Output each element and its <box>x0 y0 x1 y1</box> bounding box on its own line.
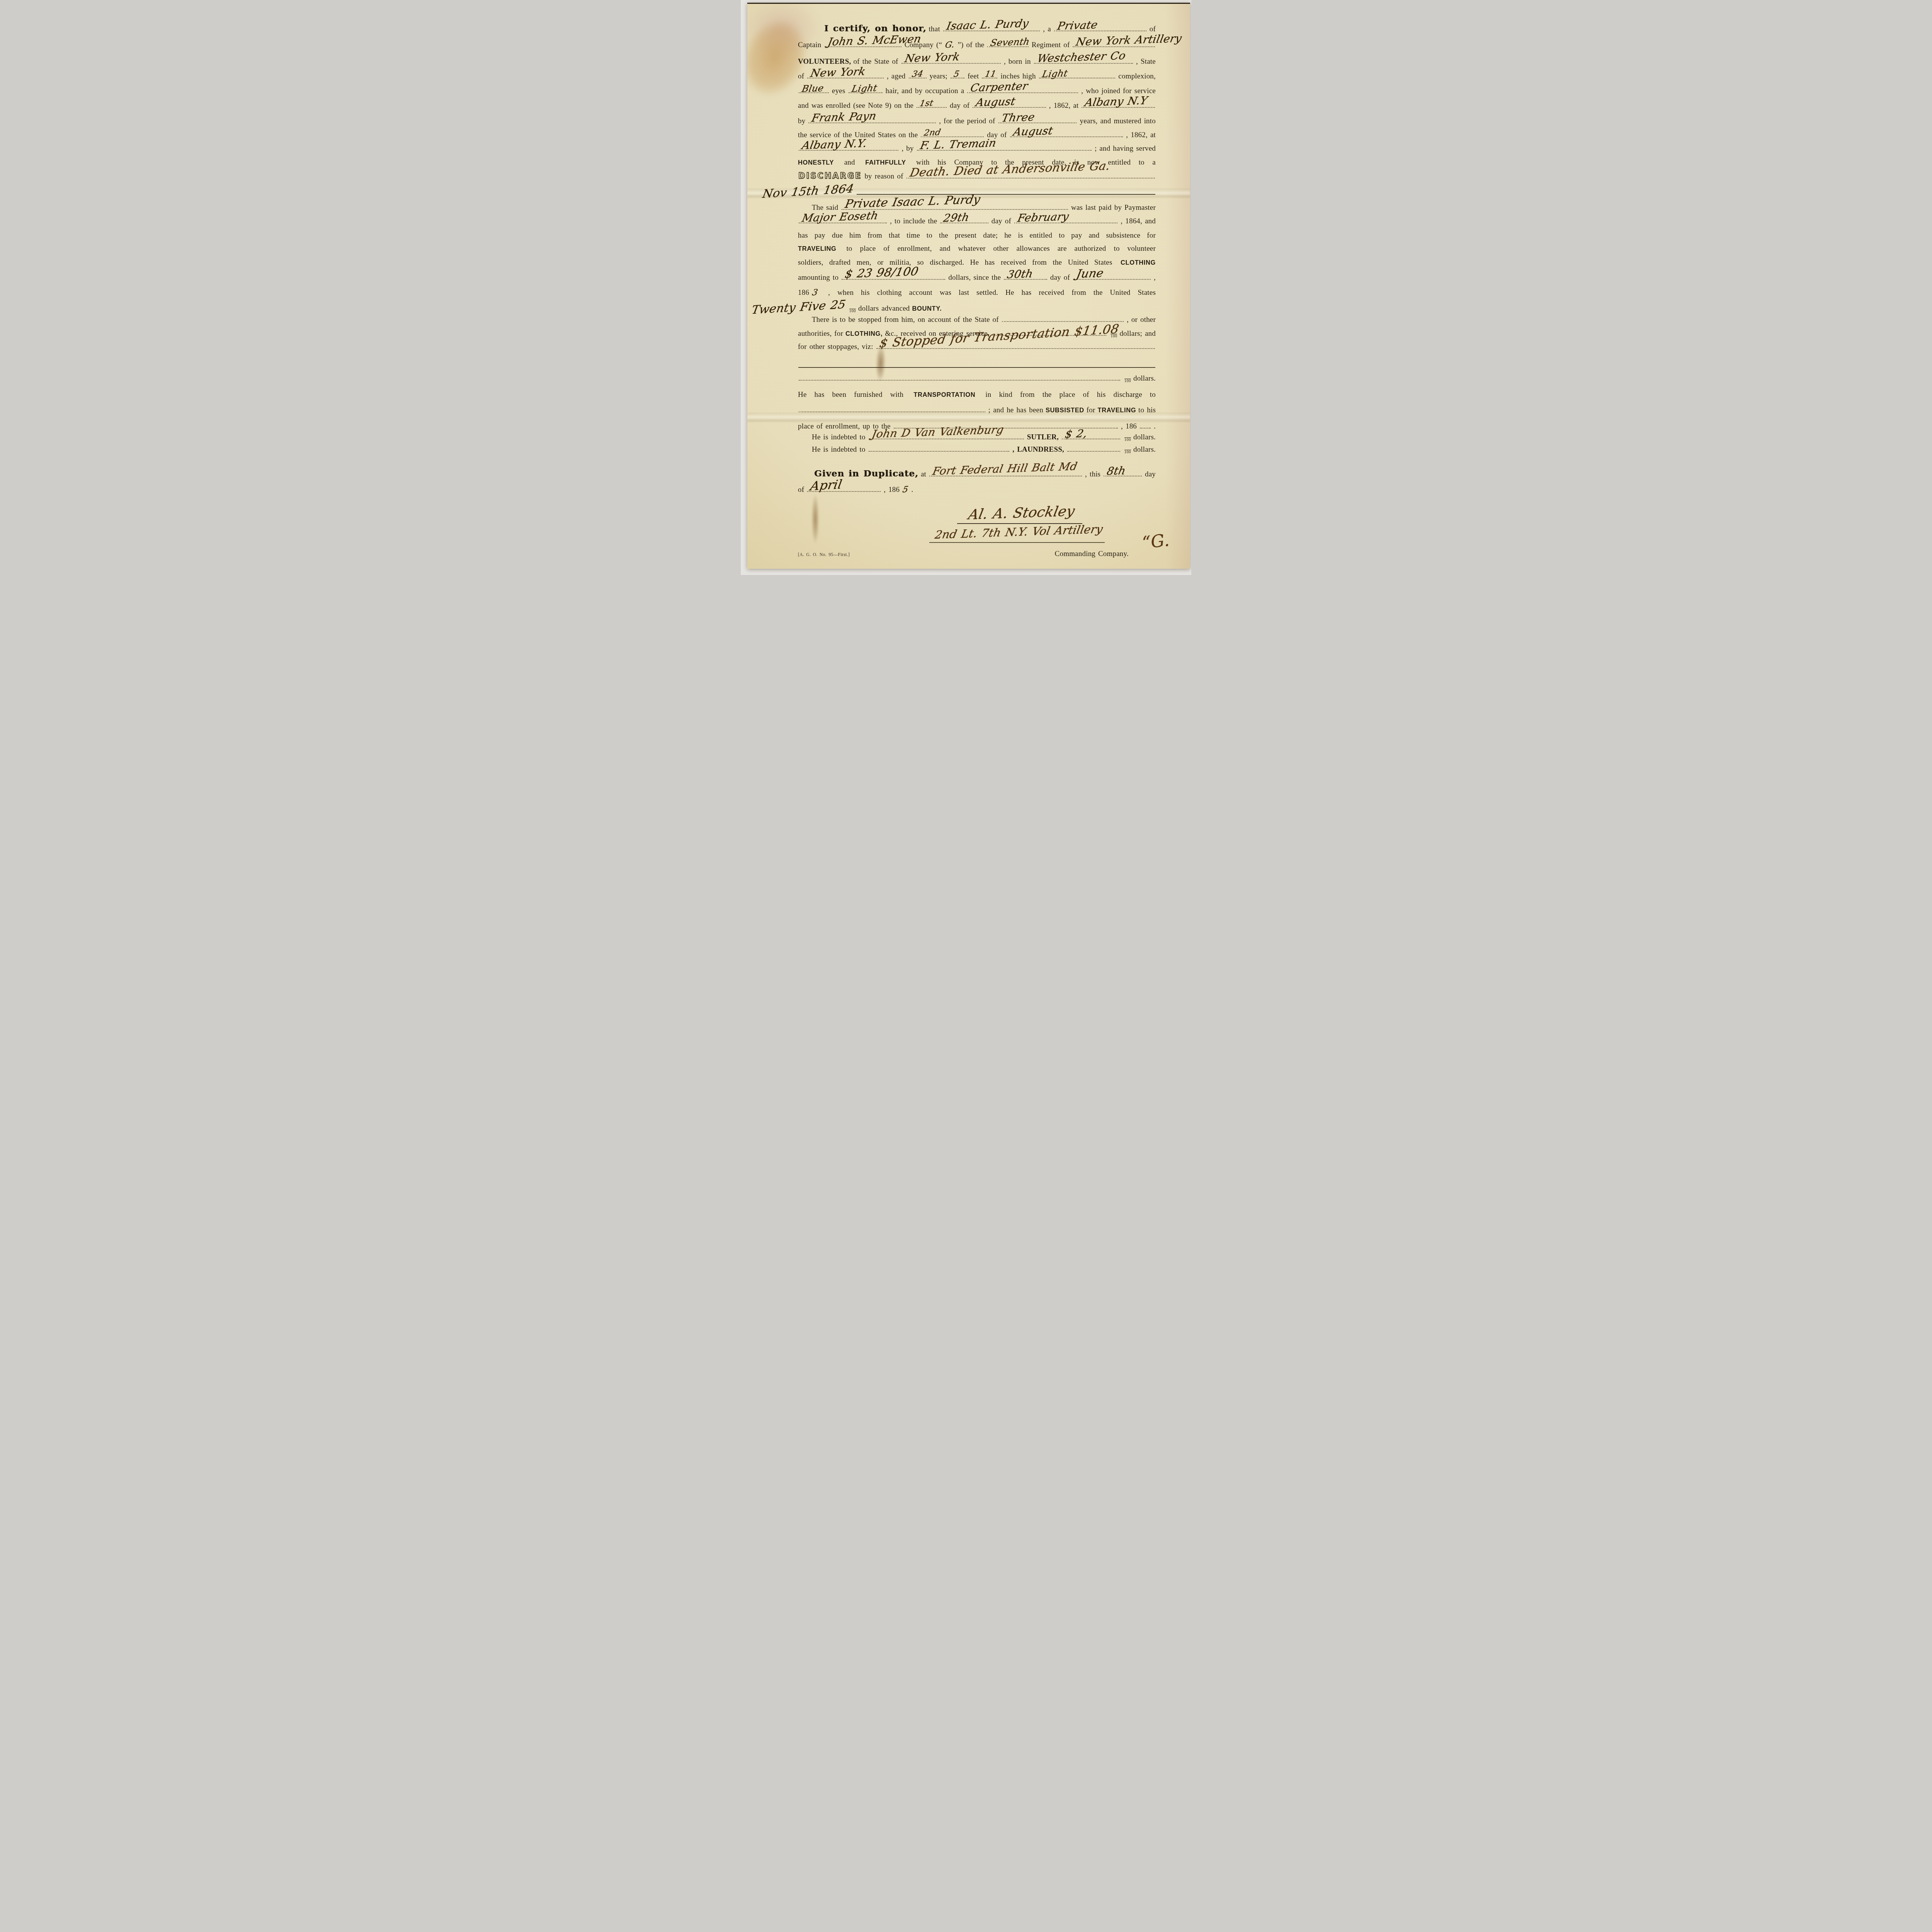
printed-text: to his <box>1137 406 1157 415</box>
birthplace-field: Westchester Co <box>1034 58 1133 64</box>
occupation-field: Carpenter <box>967 87 1078 93</box>
printed-text: CLOTHING <box>1119 259 1157 266</box>
signature-underline: Al. A. Stockley <box>957 508 1082 524</box>
form-line-eyes-hair: Blue eyes Light hair, and by occupation … <box>797 87 1157 96</box>
commanding-company-label: Commanding Company. <box>1054 549 1130 559</box>
handwritten-issue-month: April <box>810 478 843 492</box>
printed-text: He is indebted to <box>811 445 867 454</box>
hair-field: Light <box>849 87 883 93</box>
printed-text: There is to be stopped from him, on acco… <box>811 315 1000 325</box>
blank-rule-line <box>798 362 1155 368</box>
printed-text: , 186 <box>1120 422 1138 431</box>
form-line-laundress: He is indebted to , LAUNDRESS, 100 dolla… <box>811 445 1157 454</box>
age-field: 34 <box>909 72 927 78</box>
complexion-field: Light <box>1039 72 1116 78</box>
signature-line: Al. A. Stockley <box>929 508 1111 524</box>
handwritten-paid-month: February <box>1017 211 1070 224</box>
printed-text: SUBSISTED <box>1044 406 1085 415</box>
form-line-clothing-amount: amounting to $ 23 98/100 dollars, since … <box>797 273 1157 282</box>
ink-smudge-april <box>811 494 819 544</box>
printed-text: eyes <box>831 87 847 96</box>
rank-field: Private <box>1054 25 1146 31</box>
printed-text: TRANSPORTATION <box>912 391 976 398</box>
form-line-traveling: TRAVELING to place of enrollment, and wh… <box>797 244 1157 253</box>
printed-text: by <box>797 117 806 126</box>
printed-text: TRAVELING <box>1097 406 1138 415</box>
printed-text: Regiment of <box>1031 41 1071 50</box>
printed-text: years; <box>929 72 949 81</box>
printed-text: hair, and by occupation a <box>884 87 966 96</box>
handwritten-paid-day: 29th <box>942 212 970 224</box>
stoppages-field: $ Stopped for Transportation $11.08 <box>876 343 1155 349</box>
regiment-name-field: New York Artillery <box>1073 41 1155 47</box>
printed-text: and <box>843 158 856 167</box>
birth-state-field: New York <box>807 72 884 78</box>
handwritten-paymaster: Major Eoseth <box>801 210 879 224</box>
printed-text: , 186 <box>883 485 901 495</box>
enroll-month-field: August <box>973 102 1046 108</box>
form-line-enrolling-officer: by Frank Payn , for the period of Three … <box>797 117 1157 126</box>
handwritten-muster-day: 2nd <box>923 129 941 138</box>
printed-text: has pay due him from that time to the pr… <box>797 231 1157 240</box>
signature-title-line: 2nd Lt. 7th N.Y. Vol Artillery <box>898 529 1136 543</box>
printed-text: dollars; and <box>1118 329 1157 338</box>
printed-denominator: 100 <box>1124 437 1131 442</box>
handwritten-issue-day: 8th <box>1106 465 1127 477</box>
form-number-note: [A. G. O. No. 95—First.] <box>797 552 851 558</box>
printed-text: , 1862, at <box>1125 131 1157 140</box>
printed-text: complexion, <box>1117 72 1157 81</box>
handwritten-stoppages: $ Stopped for Transportation $11.08 <box>879 323 1120 349</box>
printed-denominator: 100 <box>1124 379 1131 384</box>
signature-title-underline: 2nd Lt. 7th N.Y. Vol Artillery <box>929 529 1105 543</box>
handwritten-issue-year-digit: 5 <box>902 486 909 494</box>
printed-text: by reason of <box>863 172 904 181</box>
handwritten-settle-year-digit: 3 <box>811 289 819 297</box>
paid-month-field: February <box>1014 217 1117 223</box>
printed-text: FAITHFULLY <box>864 159 907 166</box>
printed-text: . <box>1153 422 1157 431</box>
paymaster-field: Major Eoseth <box>799 217 887 223</box>
form-line-description: of New York , aged 34 years; 5 feet 11 i… <box>797 72 1157 81</box>
printed-text: day <box>1144 470 1157 479</box>
printed-text: at <box>920 470 927 479</box>
printed-text: , born in <box>1003 57 1032 66</box>
form-line-certify: I certify, on honor, that Isaac L. Purdy… <box>823 23 1157 34</box>
handwritten-sutler-amount: $ 2, <box>1064 428 1088 440</box>
handwritten-soldier-name: Isaac L. Purdy <box>946 18 1030 32</box>
discharge-ornamental-word: DISCHARGE <box>797 171 863 181</box>
filled-rule-line <box>857 189 1155 195</box>
service-period-field: Three <box>998 117 1077 123</box>
printed-text: for <box>1085 406 1097 415</box>
stopped-state-field <box>1002 316 1124 322</box>
issue-month-field: April <box>807 486 881 492</box>
handwritten-regiment-number: Seventh <box>990 37 1031 48</box>
printed-text: BOUNTY. <box>911 305 943 313</box>
captain-name-field: John S. McEwen <box>825 41 901 47</box>
printed-text: , by <box>900 144 915 153</box>
handwritten-age: 34 <box>911 70 924 79</box>
handwritten-state: New York <box>904 51 961 64</box>
printed-text: , this <box>1084 470 1102 479</box>
mustering-officer-field: F. L. Tremain <box>917 145 1092 151</box>
printed-text: , LAUNDRESS, <box>1011 445 1065 454</box>
handwritten-clothing-amount: $ 23 98/100 <box>844 266 919 280</box>
form-line-other-stoppages: for other stoppages, viz: $ Stopped for … <box>797 342 1157 352</box>
printed-text: , <box>1153 273 1157 282</box>
printed-text: . <box>910 485 914 495</box>
handwritten-signature: Al. A. Stockley <box>967 505 1076 522</box>
form-line-discharge: DISCHARGE by reason of Death. Died at An… <box>797 171 1157 181</box>
printed-text: to place of enrollment, and whatever oth… <box>845 245 1157 253</box>
printed-text: was last paid by Paymaster <box>1070 203 1157 213</box>
handwritten-inches: 11 <box>984 70 997 79</box>
paid-day-field: 29th <box>940 217 988 223</box>
printed-text: dollars. <box>1132 433 1157 442</box>
printed-text: authorities, for <box>797 329 844 338</box>
state-field: New York <box>901 58 1001 64</box>
enroll-place-field: Albany N.Y <box>1082 102 1155 108</box>
printed-text: ; and he has been <box>987 406 1044 415</box>
muster-place-field: Albany N.Y. <box>799 145 898 151</box>
printed-text: day of <box>949 101 971 111</box>
handwritten-issue-place: Fort Federal Hill Balt Md <box>932 461 1078 477</box>
printed-text: , to include the <box>889 217 938 226</box>
printed-text: years, and mustered into <box>1078 117 1157 126</box>
clothing-amount-field: $ 23 98/100 <box>842 274 945 280</box>
issue-day-field: 8th <box>1104 470 1142 476</box>
transport-destination-field <box>799 406 985 412</box>
printed-text: of <box>797 72 805 81</box>
soldier-name-field: Isaac L. Purdy <box>943 25 1040 31</box>
printed-text: Captain <box>797 41 823 50</box>
printed-text: , for the period of <box>938 117 996 126</box>
form-line-sutler: He is indebted to John D Van Valkenburg … <box>811 433 1157 442</box>
printed-text: , aged <box>886 72 907 81</box>
printed-text: , State <box>1135 57 1157 66</box>
form-line-transportation: He has been furnished with TRANSPORTATIO… <box>797 390 1157 400</box>
printed-text: and was enrolled (see Note 9) on the <box>797 101 915 111</box>
handwritten-rank-title: 2nd Lt. 7th N.Y. Vol Artillery <box>934 524 1104 541</box>
printed-text: He is indebted to <box>811 433 867 442</box>
form-line-clothing-received: soldiers, drafted men, or militia, so di… <box>797 258 1157 267</box>
form-line-blank-rule <box>797 362 1157 368</box>
handwritten-captain-name: John S. McEwen <box>827 34 922 48</box>
printed-text: TRAVELING <box>797 245 838 252</box>
handwritten-birth-state: New York <box>810 66 866 79</box>
handwritten-enroll-day: 1st <box>919 99 934 108</box>
handwritten-hair-color: Light <box>851 83 878 94</box>
printed-text: , or other <box>1126 315 1157 325</box>
printed-text: feet <box>966 72 980 81</box>
handwritten-eye-color: Blue <box>801 83 825 94</box>
blank-amount-field <box>799 374 1120 381</box>
form-line-settle-year: 1863 , when his clothing account was las… <box>797 288 1157 298</box>
printed-text: VOLUNTEERS, <box>797 57 852 66</box>
form-line-issue-month: of April , 186 5 . <box>797 485 1157 495</box>
printed-text: SUTLER, <box>1026 433 1060 442</box>
handwritten-muster-place: Albany N.Y. <box>801 138 868 151</box>
muster-day-field: 2nd <box>921 131 984 137</box>
form-line-muster-place: Albany N.Y. , by F. L. Tremain ; and hav… <box>797 144 1157 153</box>
form-line-enrolled: and was enrolled (see Note 9) on the 1st… <box>797 101 1157 111</box>
printed-text: 186 <box>797 289 810 297</box>
printed-text: , a <box>1042 25 1052 34</box>
handwritten-company-letter: G. <box>944 41 956 50</box>
handwritten-bounty-amount: Twenty Five 25 <box>751 299 847 316</box>
year-digit-field <box>1140 422 1151 429</box>
printed-text: for other stoppages, viz: <box>797 342 874 352</box>
form-line-volunteers: VOLUNTEERS, of the State of New York , b… <box>797 57 1157 66</box>
sutler-amount-field: $ 2, <box>1062 433 1120 439</box>
form-line-bounty: Twenty Five 25 100 dollars advanced BOUN… <box>750 301 1157 313</box>
printed-denominator: 100 <box>1124 450 1131 455</box>
edge-discoloration <box>1165 4 1190 569</box>
printed-text: dollars, since the <box>947 273 1002 282</box>
handwritten-enroll-month: August <box>975 96 1016 108</box>
handwritten-settle-month: June <box>1075 268 1105 280</box>
printed-text: amounting to <box>797 273 840 282</box>
regiment-number-field: Seventh <box>987 41 1028 47</box>
printed-text: soldiers, drafted men, or militia, so di… <box>797 259 1114 267</box>
printed-text: , 1862, at <box>1048 101 1080 111</box>
muster-month-field: August <box>1010 131 1123 137</box>
handwritten-feet: 5 <box>953 70 960 79</box>
form-line-subsisted: ; and he has been SUBSISTED for TRAVELIN… <box>797 406 1157 415</box>
printed-text: that <box>928 25 941 34</box>
inches-field: 11 <box>982 72 997 78</box>
sutler-name-field: John D Van Valkenburg <box>869 433 1024 439</box>
settle-month-field: June <box>1073 274 1151 280</box>
handwritten-enrolling-officer: Frank Payn <box>811 111 877 124</box>
issue-place-field: Fort Federal Hill Balt Md <box>929 470 1082 476</box>
printed-text: CLOTHING, <box>844 330 884 338</box>
handwritten-occupation: Carpenter <box>969 81 1029 94</box>
handwritten-muster-month: August <box>1012 125 1054 138</box>
laundress-amount-field <box>1067 446 1120 452</box>
discharge-reason-field: Death. Died at Andersonville Ga. <box>906 172 1155 179</box>
handwritten-service-period: Three <box>1001 112 1036 124</box>
form-line-given-duplicate: Given in Duplicate, at Fort Federal Hill… <box>813 468 1157 480</box>
handwritten-mustering-officer: F. L. Tremain <box>919 138 997 151</box>
form-line-captain: Captain John S. McEwen Company (“ G. ”) … <box>797 41 1157 50</box>
handwritten-complexion: Light <box>1041 69 1068 79</box>
enrolling-officer-field: Frank Payn <box>808 117 936 123</box>
printed-text: day of <box>1049 273 1071 282</box>
handwritten-enroll-place: Albany N.Y <box>1084 95 1148 108</box>
printed-text: of <box>797 485 805 495</box>
laundress-name-field <box>869 446 1010 452</box>
form-line-paymaster: Major Eoseth , to include the 29th day o… <box>797 217 1157 226</box>
printed-text: , 1864, and <box>1119 217 1157 226</box>
printed-text: in kind from the place of his discharge … <box>984 391 1157 399</box>
handwritten-rank: Private <box>1056 19 1099 32</box>
handwritten-birthplace: Westchester Co <box>1036 50 1127 64</box>
printed-text: dollars. <box>1132 445 1157 454</box>
printed-text: dollars. <box>1132 374 1157 383</box>
eyes-field: Blue <box>799 87 829 93</box>
printed-text: day of <box>990 217 1012 226</box>
printed-text: ”) of the <box>956 41 985 50</box>
feet-field: 5 <box>951 72 964 78</box>
printed-text: , when his clothing account was last set… <box>827 289 1157 297</box>
settle-day-field: 30th <box>1004 274 1047 280</box>
printed-denominator: 100 <box>849 309 856 314</box>
printed-text: He has been furnished with <box>797 391 905 399</box>
form-line-dollars-blank: 100 dollars. <box>797 374 1157 383</box>
printed-text: dollars advanced <box>857 304 911 313</box>
document-paper: I certify, on honor, that Isaac L. Purdy… <box>747 3 1190 569</box>
footer-line: [A. G. O. No. 95—First.] Commanding Comp… <box>797 549 1157 559</box>
enroll-day-field: 1st <box>917 102 947 108</box>
printed-text: ; and having served <box>1094 144 1157 153</box>
form-line-pay-due: has pay due him from that time to the pr… <box>797 231 1157 240</box>
printed-text: HONESTLY <box>797 159 835 166</box>
scanned-document: I certify, on honor, that Isaac L. Purdy… <box>741 0 1191 575</box>
handwritten-settle-day: 30th <box>1006 269 1034 280</box>
